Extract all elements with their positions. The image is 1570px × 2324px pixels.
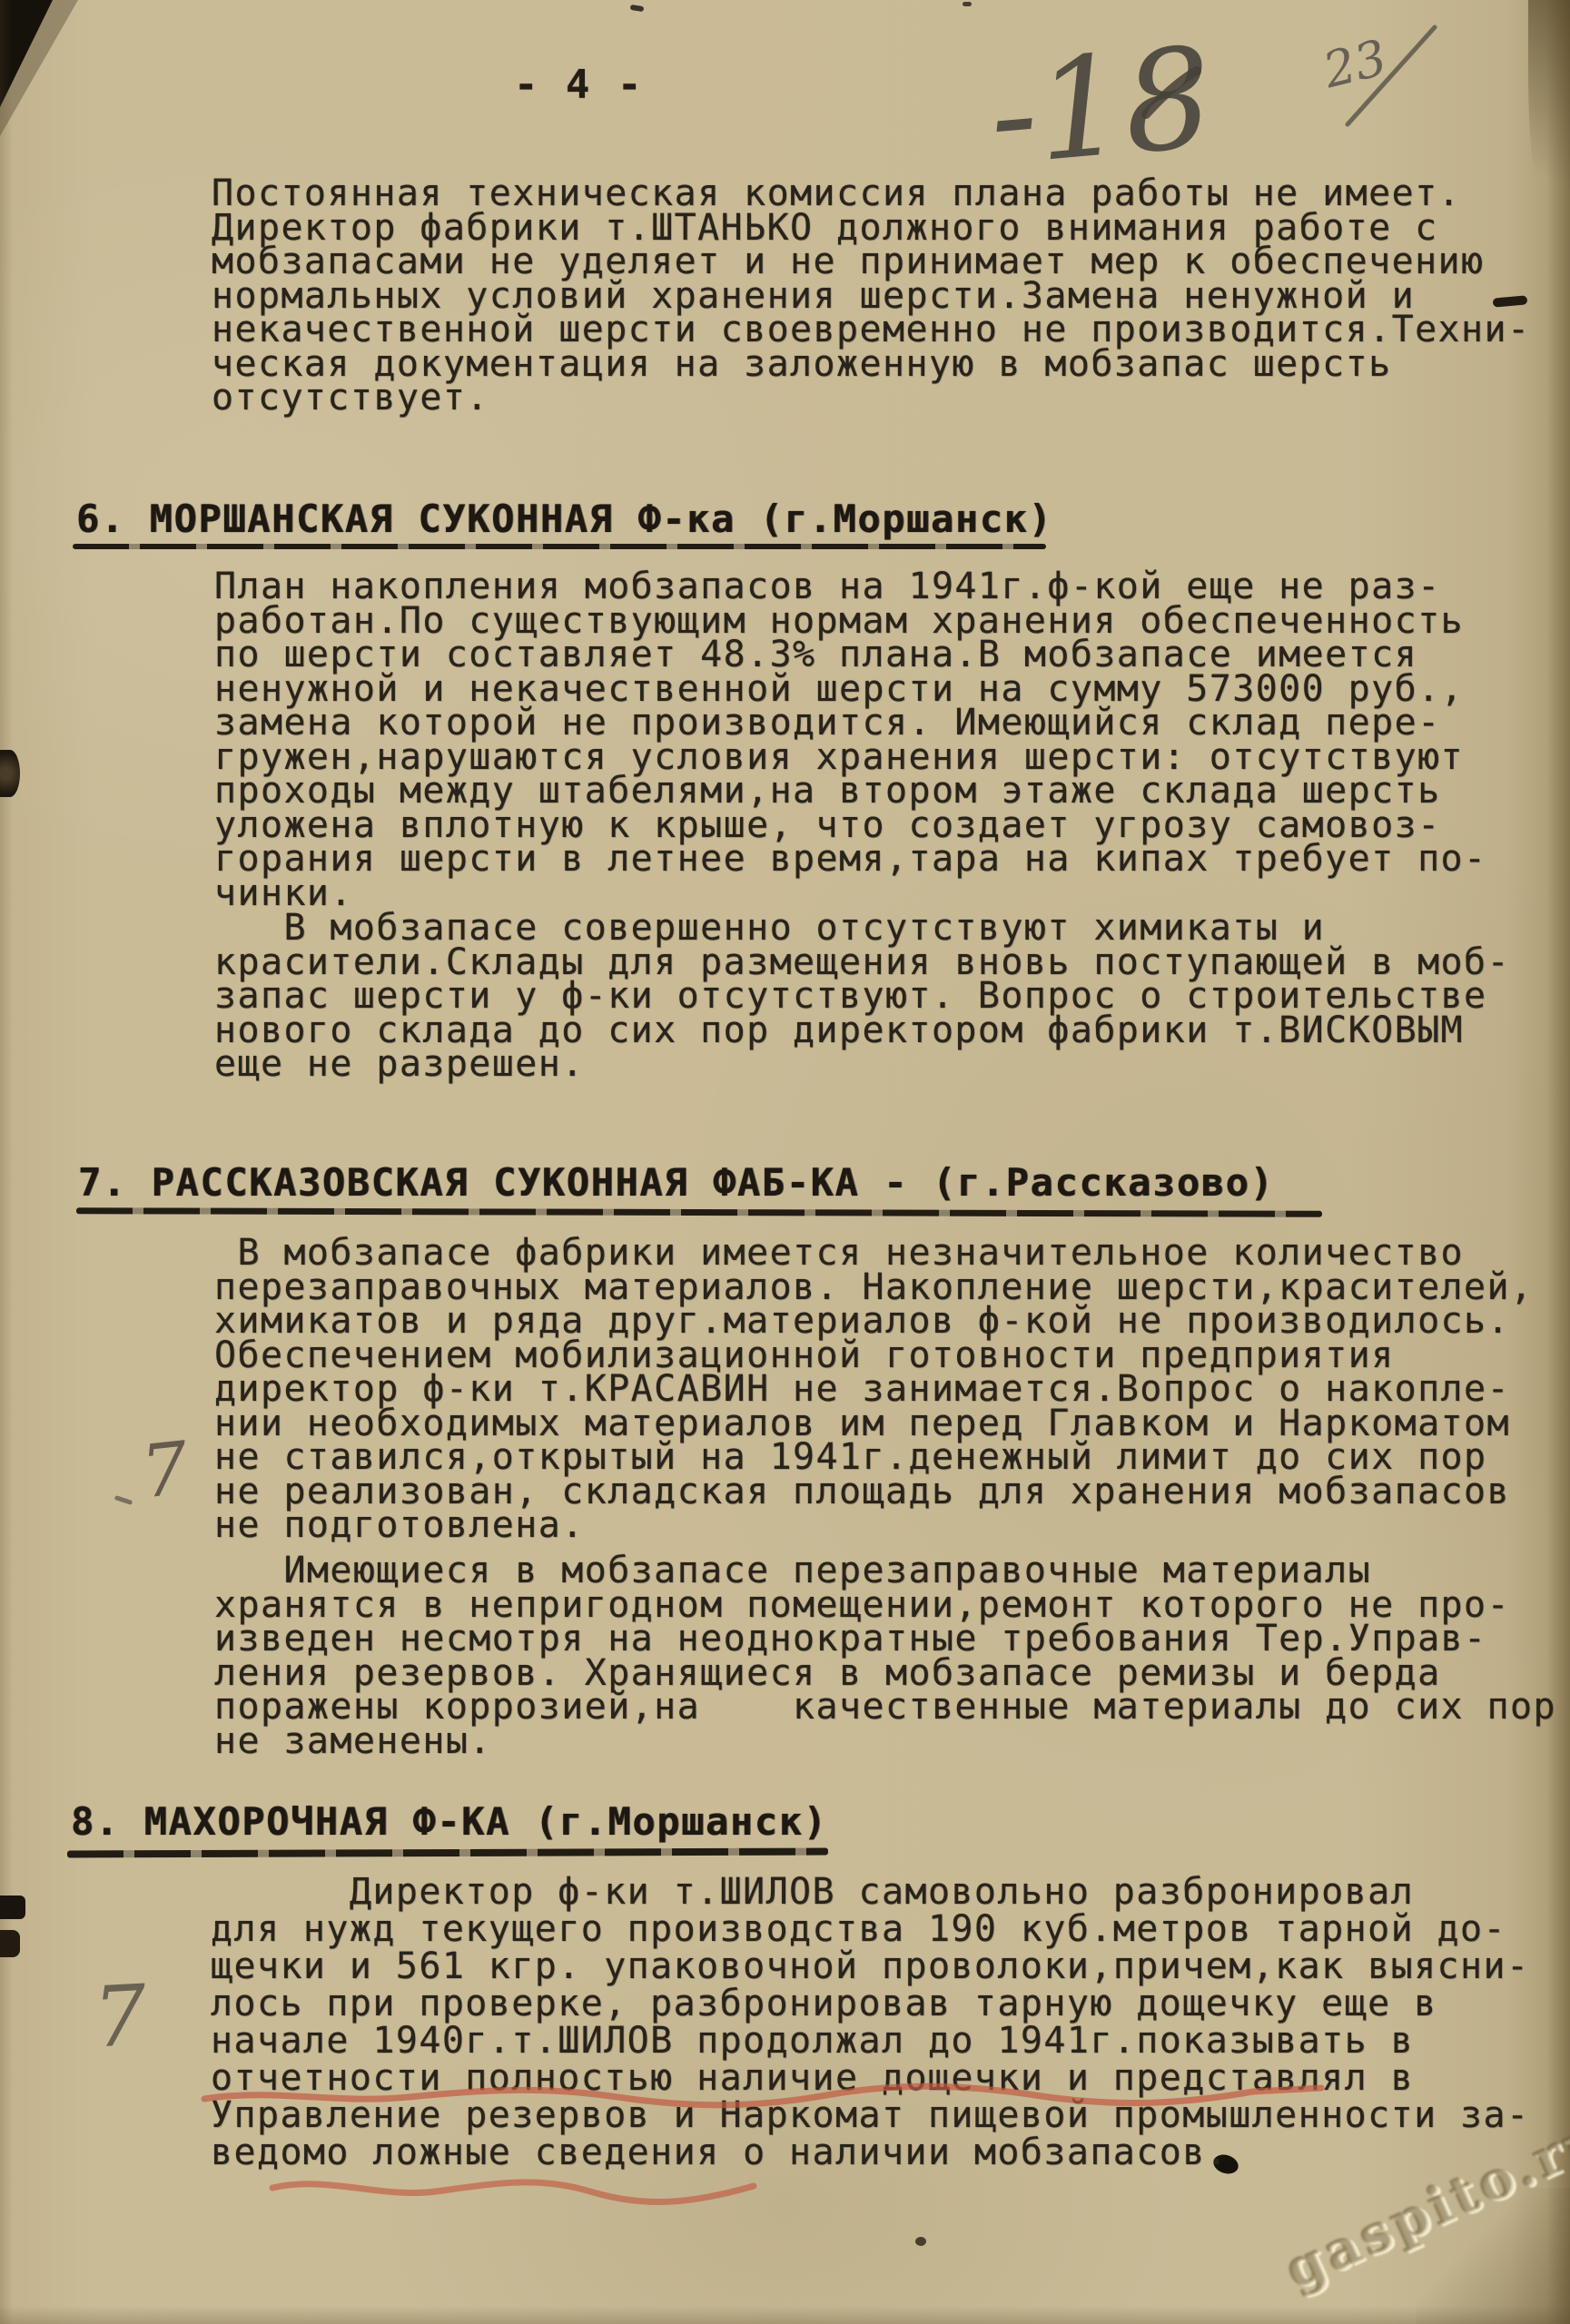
scan-blob-left — [0, 750, 20, 797]
scan-mark-left-bottom-1 — [0, 1896, 25, 1919]
ink-blot-2 — [915, 2237, 926, 2246]
section-7-heading: 7. РАССКАЗОВСКАЯ СУКОННАЯ ФАБ-КА - (г.Ра… — [78, 1160, 1274, 1205]
page-edge-right — [1546, 0, 1570, 2324]
section-7-paragraph-2: Имеющиеся в мобзапасе перезаправочные ма… — [214, 1554, 1556, 1758]
page-edge-bottom — [0, 2306, 1570, 2324]
section-6-paragraph-2: В мобзапасе совершенно отсутствуют химик… — [214, 911, 1510, 1082]
intro-paragraph: Постоянная техническая комиссия плана ра… — [212, 177, 1530, 416]
section-6-heading: 6. МОРШАНСКАЯ СУКОННАЯ Ф-ка (г.Моршанск) — [76, 497, 1052, 541]
section-7-paragraph-1: В мобзапасе фабрики имеется незначительн… — [214, 1236, 1533, 1543]
red-underline-bottom — [272, 2182, 754, 2202]
section-6-underline — [73, 544, 1046, 549]
document-page: - 4 - -18 23 7 7 Постоянная техническая … — [0, 0, 1570, 2324]
section-8-heading: 8. МАХОРОЧНАЯ Ф-КА (г.Моршанск) — [71, 1799, 827, 1844]
section-7-underline — [76, 1207, 1322, 1217]
section-8-paragraph-1: Директор ф-ки т.ШИЛОВ самовольно разброн… — [211, 1874, 1529, 2171]
page-number: - 4 - — [514, 62, 643, 108]
scan-mark-left-bottom-2 — [0, 1930, 20, 1957]
margin-note-2: 7 — [92, 1974, 149, 2061]
paper-speck-2 — [963, 2, 972, 6]
page-edge-left — [0, 0, 13, 2324]
section-8-underline — [67, 1848, 828, 1858]
page-corner-top-right — [1528, 0, 1570, 245]
paper-speck-1 — [630, 5, 645, 12]
handwritten-page-note: -18 — [984, 29, 1218, 186]
margin-pencil-dash — [114, 1495, 133, 1505]
margin-note-1: 7 — [138, 1433, 192, 1510]
section-6-paragraph-1: План накопления мобзапасов на 1941г.ф-ко… — [214, 570, 1487, 911]
handwritten-corner-note: 23 — [1318, 33, 1391, 95]
